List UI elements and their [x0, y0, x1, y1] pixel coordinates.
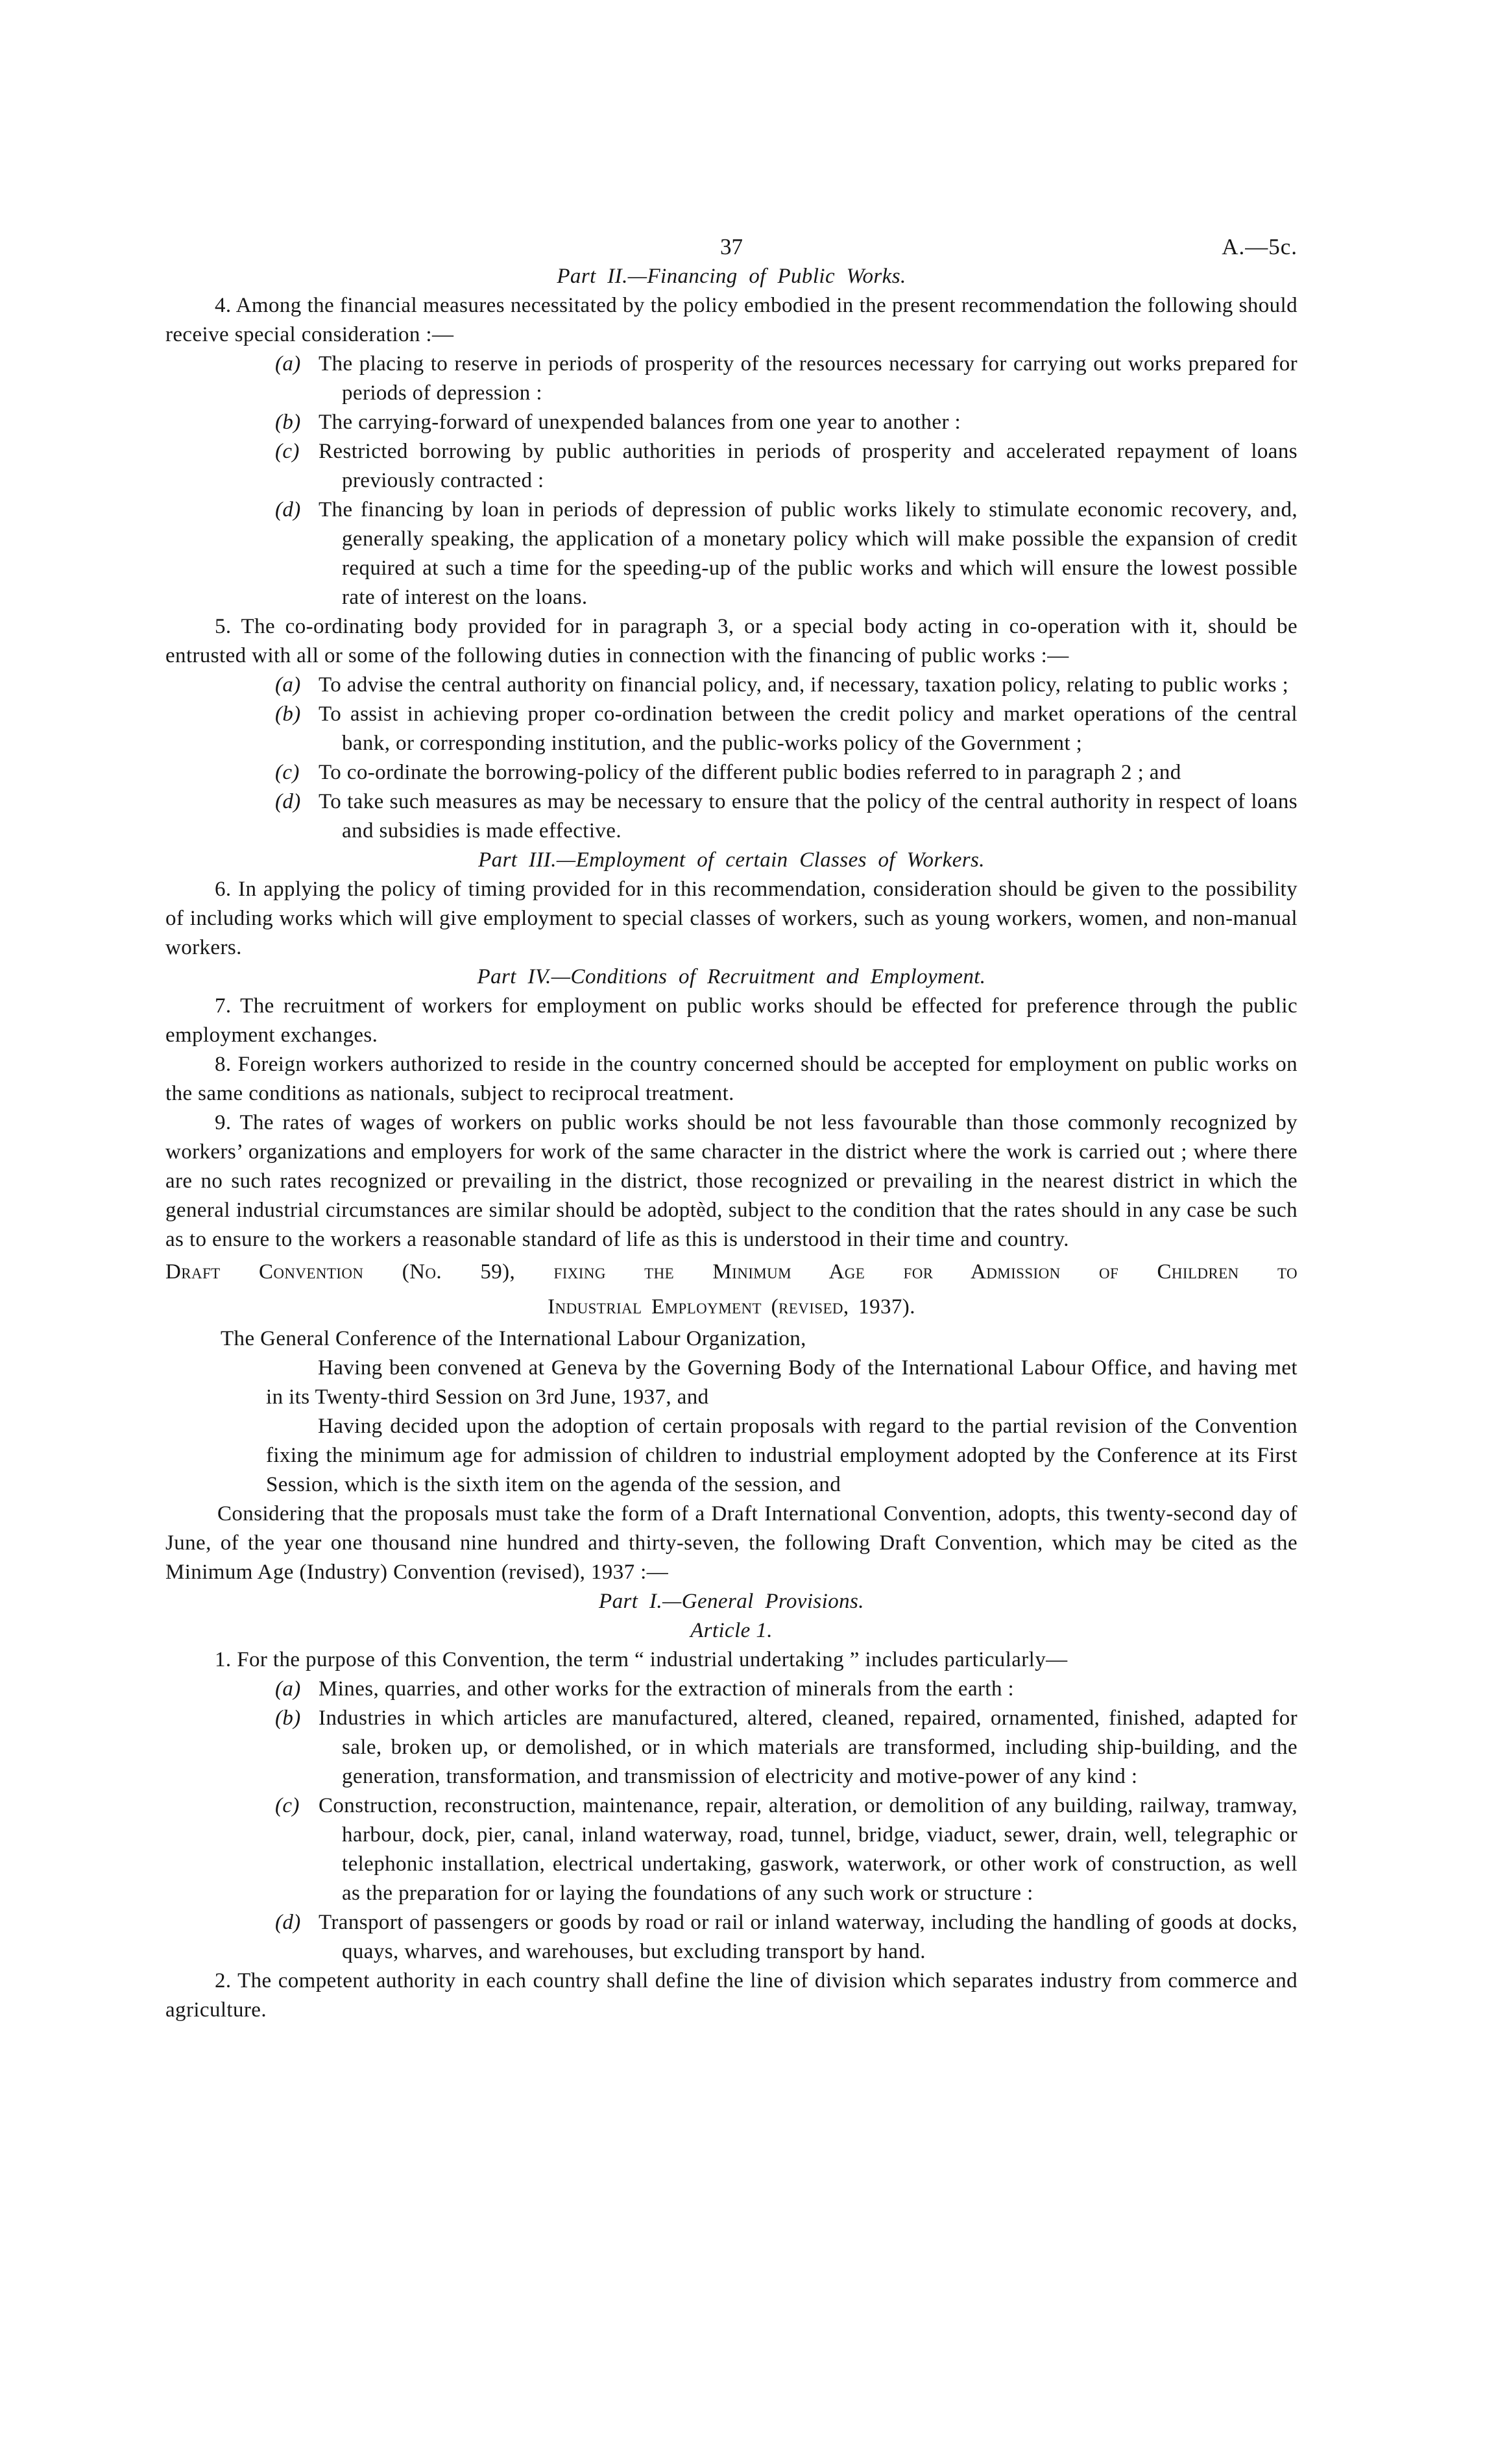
item-text: Restricted borrowing by public authoriti… — [319, 440, 1298, 492]
page-number: 37 — [165, 232, 1298, 262]
paragraph-6: 6. In applying the policy of timing prov… — [165, 875, 1298, 963]
item-text: The carrying-forward of unexpended balan… — [319, 411, 961, 434]
item-text: To take such measures as may be necessar… — [319, 790, 1298, 843]
paragraph-5-item-a: (a)To advise the central authority on fi… — [165, 671, 1298, 700]
paragraph-9: 9. The rates of wages of workers on publ… — [165, 1108, 1298, 1254]
part4-heading: Part IV.—Conditions of Recruitment and E… — [165, 963, 1298, 992]
item-label: (c) — [275, 437, 319, 466]
paragraph-5: 5. The co-ordinating body provided for i… — [165, 612, 1298, 671]
item-label: (d) — [275, 496, 319, 525]
item-label: (b) — [275, 408, 319, 437]
item-label: (d) — [275, 787, 319, 817]
item-label: (a) — [275, 350, 319, 379]
part3-heading: Part III.—Employment of certain Classes … — [165, 846, 1298, 875]
document-page: 37 A.—5c. Part II.—Financing of Public W… — [0, 0, 1509, 2464]
page-header: 37 A.—5c. — [165, 232, 1298, 262]
item-text: To advise the central authority on finan… — [319, 673, 1288, 697]
item-text: To co-ordinate the borrowing-policy of t… — [319, 761, 1181, 784]
item-label: (d) — [275, 1908, 319, 1937]
preamble-paragraph-3: Having decided upon the adoption of cert… — [165, 1412, 1298, 1500]
article1-paragraph-2: 2. The competent authority in each count… — [165, 1967, 1298, 2025]
article1-heading: Article 1. — [165, 1616, 1298, 1645]
item-text: Industries in which articles are manufac… — [319, 1706, 1298, 1788]
doc-ref: A.—5c. — [1222, 232, 1298, 262]
paragraph-5-item-b: (b)To assist in achieving proper co-ordi… — [165, 700, 1298, 758]
item-label: (b) — [275, 1704, 319, 1733]
article1-item-a: (a)Mines, quarries, and other works for … — [165, 1675, 1298, 1704]
item-label: (a) — [275, 671, 319, 700]
paragraph-4: 4. Among the financial measures necessit… — [165, 291, 1298, 350]
item-label: (c) — [275, 1791, 319, 1821]
item-text: Construction, reconstruction, maintenanc… — [319, 1794, 1298, 1905]
item-text: To assist in achieving proper co-ordinat… — [319, 702, 1298, 755]
paragraph-4-item-d: (d)The financing by loan in periods of d… — [165, 496, 1298, 612]
item-label: (c) — [275, 758, 319, 787]
item-text: The placing to reserve in periods of pro… — [319, 352, 1298, 405]
article1-item-d: (d)Transport of passengers or goods by r… — [165, 1908, 1298, 1967]
item-label: (b) — [275, 700, 319, 729]
item-text: The financing by loan in periods of depr… — [319, 498, 1298, 609]
paragraph-8: 8. Foreign workers authorized to reside … — [165, 1050, 1298, 1108]
item-label: (a) — [275, 1675, 319, 1704]
item-text: Transport of passengers or goods by road… — [319, 1911, 1298, 1963]
part1-heading: Part I.—General Provisions. — [165, 1587, 1298, 1616]
preamble-paragraph-4: Considering that the proposals must take… — [165, 1500, 1298, 1587]
paragraph-7: 7. The recruitment of workers for employ… — [165, 992, 1298, 1050]
article1-item-b: (b)Industries in which articles are manu… — [165, 1704, 1298, 1791]
paragraph-4-item-b: (b)The carrying-forward of unexpended ba… — [165, 408, 1298, 437]
item-text: Mines, quarries, and other works for the… — [319, 1677, 1014, 1701]
draft-convention-heading-line-2: Industrial Employment (revised, 1937). — [165, 1289, 1298, 1324]
preamble-paragraph-1: The General Conference of the Internatio… — [165, 1324, 1298, 1354]
part2-heading: Part II.—Financing of Public Works. — [165, 262, 1298, 291]
article1-paragraph-1: 1. For the purpose of this Convention, t… — [165, 1645, 1298, 1675]
draft-convention-heading-line-1: Draft Convention (No. 59), fixing the Mi… — [165, 1254, 1298, 1289]
article1-item-c: (c)Construction, reconstruction, mainten… — [165, 1791, 1298, 1908]
paragraph-4-item-c: (c)Restricted borrowing by public author… — [165, 437, 1298, 496]
draft-convention-heading: Draft Convention (No. 59), fixing the Mi… — [165, 1254, 1298, 1324]
paragraph-5-item-c: (c)To co-ordinate the borrowing-policy o… — [165, 758, 1298, 787]
paragraph-5-item-d: (d)To take such measures as may be neces… — [165, 787, 1298, 846]
paragraph-4-item-a: (a)The placing to reserve in periods of … — [165, 350, 1298, 408]
preamble-paragraph-2: Having been convened at Geneva by the Go… — [165, 1354, 1298, 1412]
